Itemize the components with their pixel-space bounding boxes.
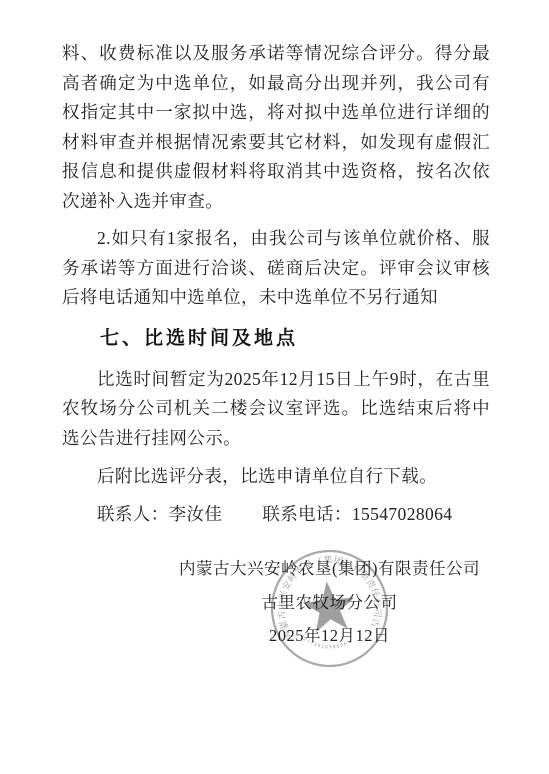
paragraph-time-place: 比选时间暂定为2025年12月15日上午9时，在古里农牧场分公司机关二楼会议室评… [62, 365, 490, 454]
contact-person-label: 联系人： [97, 504, 169, 524]
contact-phone-number: 15547028064 [352, 504, 453, 524]
paragraph-attachment: 后附比选评分表，比选申请单位自行下载。 [62, 462, 490, 492]
signature-block: 内蒙古大兴安岭农垦(集团)有限责任公司 古里农牧场分公司 2025年12月12日 [179, 552, 480, 653]
signature-company: 内蒙古大兴安岭农垦(集团)有限责任公司 [179, 552, 480, 586]
contact-line: 联系人：李汝佳联系电话：15547028064 [62, 500, 490, 530]
paragraph-single-bidder: 2.如只有1家报名，由我公司与该单位就价格、服务承诺等方面进行洽谈、磋商后决定。… [62, 224, 490, 313]
contact-person-name: 李汝佳 [169, 504, 223, 524]
document-page: 料、收费标准以及服务承诺等情况综合评分。得分最高者确定为中选单位，如最高分出现并… [0, 0, 549, 774]
paragraph-scoring-rules: 料、收费标准以及服务承诺等情况综合评分。得分最高者确定为中选单位，如最高分出现并… [62, 39, 490, 216]
signature-branch: 古里农牧场分公司 [179, 586, 480, 620]
contact-phone-label: 联系电话： [262, 504, 352, 524]
document-body: 料、收费标准以及服务承诺等情况综合评分。得分最高者确定为中选单位，如最高分出现并… [62, 39, 490, 529]
section-heading-time-place: 七、比选时间及地点 [62, 327, 490, 351]
signature-date: 2025年12月12日 [179, 619, 480, 653]
